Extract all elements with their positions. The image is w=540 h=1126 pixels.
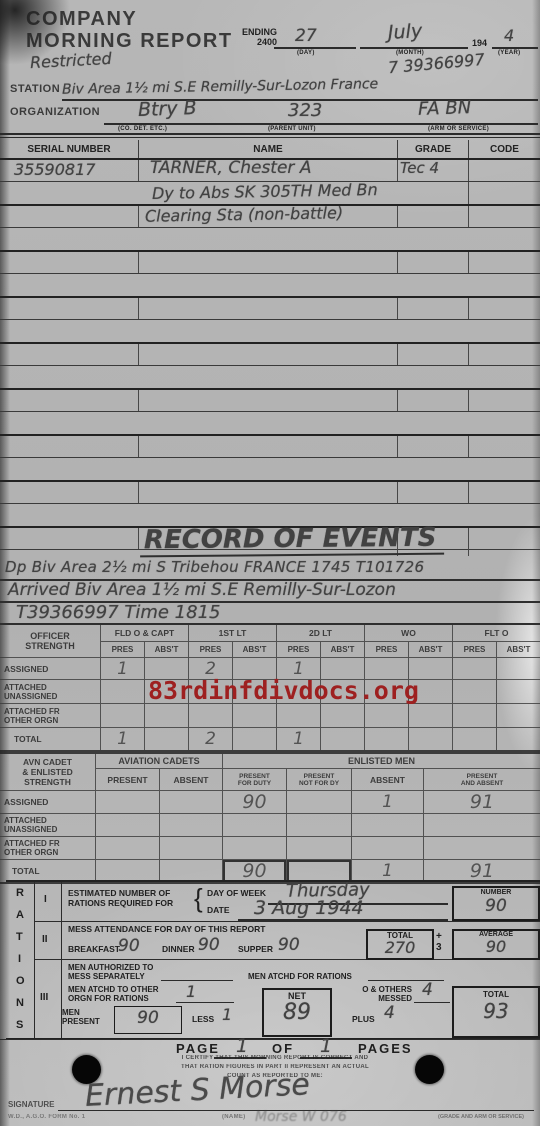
sub-abst-4: ABS'T [408,641,452,657]
breakfast-handwriting: 90 [118,938,140,955]
officer-total-cell [408,727,452,750]
signature-handwriting: Ernest S Morse [84,1070,310,1112]
average-handwriting: 90 [454,939,538,955]
officer-attachedfr-cell [364,703,408,727]
others-messed-underline [414,1002,450,1003]
rations-section: R A T I O N S I II III ESTIMATED NUMBER … [6,880,540,1040]
avn-attachedfr-cell [351,836,423,859]
year-printed: 194 [472,38,487,48]
ending-2400-label: ENDING 2400 [242,27,277,48]
entry-line3-handwriting: Clearing Sta (non-battle) [145,205,343,224]
roster-row-6 [0,274,540,298]
supper-handwriting: 90 [278,937,300,954]
others-messed-label: O & OTHERS MESSED [342,985,412,1003]
roster-row-11 [0,390,540,412]
pages-number-handwriting: 1 [320,1037,332,1056]
org-parent-caption: (PARENT UNIT) [268,126,316,133]
brace: { [194,884,203,914]
avn-row-attached-unassigned-label: ATTACHED UNASSIGNED [0,813,95,836]
avn-attachedfr-cell [423,836,540,859]
watermark-text: 83rdinfdivdocs.org [148,676,419,705]
roster-row-7 [0,298,540,320]
col-absent: ABSENT [351,768,423,790]
name-header: NAME [138,140,397,158]
roster-row-5 [0,252,540,274]
atchd-other-handwriting: 1 [186,984,196,1000]
officer-row-attached-unassigned-label: ATTACHED UNASSIGNED [0,679,100,703]
sub-pres-3: PRES [276,641,320,657]
officer-group-2dlt: 2D LT [276,625,364,641]
day-underline [274,47,356,49]
average-box: AVERAGE 90 [452,929,540,960]
avn-attached-cell [423,813,540,836]
officer-row-assigned-label: ASSIGNED [0,657,100,679]
avn-total-pfd: 90 [242,860,266,882]
avn-attachedfr-cell [222,836,286,859]
entry-name-handwriting: TARNER, Chester A [150,160,311,177]
record-of-events-section: RECORD OF EVENTS Dp Biv Area 2½ mi S Tri… [0,532,540,625]
events-title-handwriting: RECORD OF EVENTS [140,525,445,558]
avn-attached-cell [159,813,222,836]
officer-attachedfr-cell [452,703,496,727]
officer-attached-cell [496,679,540,703]
rations-div-1 [34,921,540,922]
entry-serial-handwriting: 35590817 [14,162,95,178]
sub-abst-5: ABS'T [496,641,540,657]
rations-letter-t: T [16,931,23,944]
code-header: CODE [468,140,540,158]
roster-row-15 [0,482,540,504]
avn-attached-cell [286,813,351,836]
avn-row-attached-fr-label: ATTACHED FR OTHER ORGN [0,836,95,859]
mess-separately-underline [161,980,233,981]
rations-bottom-rule [0,1039,540,1040]
roster-table: SERIAL NUMBER NAME GRADE CODE [0,140,540,550]
section-iii-numeral: III [40,992,48,1004]
officer-total-cell [496,727,540,750]
month-underline [360,47,468,49]
officer-attachedfr-cell [320,703,364,727]
avn-assigned-cell [95,790,159,813]
officer-attached-cell [100,679,144,703]
sub-abst-2: ABS'T [232,641,276,657]
mess-total-box: TOTAL 270 [366,929,434,960]
number-handwriting: 90 [454,898,538,915]
events-line1-handwriting: Dp Biv Area 2½ mi S Tribehou FRANCE 1745… [5,560,424,575]
date-handwriting: 3 Aug 1944 [254,899,364,918]
dinner-handwriting: 90 [198,937,220,954]
atchd-other-underline [176,1002,234,1003]
dinner-label: DINNER [162,945,195,955]
org-parent-handwriting: 323 [288,102,322,120]
org-arm-handwriting: FA BN [418,99,472,119]
supper-label: SUPPER [238,945,273,955]
sub-pres-5: PRES [452,641,496,657]
officer-total-1stlt-pres: 2 [205,729,216,749]
sub-abst-1: ABS'T [144,641,188,657]
rations-letter-i: I [18,953,21,966]
roster-row-13 [0,436,540,458]
roster-row-10 [0,366,540,390]
avn-attached-cell [351,813,423,836]
entry-line2-handwriting: Dy to Abs SK 305TH Med Bn [152,182,378,202]
grade-header: GRADE [397,140,468,158]
double-rule-bottom [0,137,540,138]
less-label: LESS [192,1015,214,1025]
roster-row-9 [0,344,540,366]
hole-punch-right [415,1055,444,1084]
officer-total-fldo-pres: 1 [117,729,128,749]
form-id-fine-print: W.D., A.G.O. FORM No. 1 [8,1114,85,1121]
men-present-box: 90 [114,1006,182,1034]
net-handwriting: 89 [264,1002,330,1024]
organization-underline [104,123,538,125]
officer-total-cell [364,727,408,750]
rations-col-line-1 [34,882,35,1038]
sub-abst-3: ABS'T [320,641,364,657]
officer-assigned-cell [452,657,496,679]
events-line3-handwriting: T39366997 Time 1815 [16,604,220,622]
year-underline [492,47,538,49]
rations-letter-n: N [16,997,24,1010]
avn-assigned-pfd: 90 [242,791,266,813]
rations-letter-a: A [16,909,24,922]
section-ii-numeral: II [42,934,48,946]
officer-row-total-label: TOTAL [0,727,100,750]
avn-attachedfr-cell [286,836,351,859]
sub-pres-4: PRES [364,641,408,657]
station-label: STATION [10,83,60,96]
net-box: NET 89 [262,988,332,1037]
avn-attachedfr-cell [95,836,159,859]
station-handwriting: Biv Area 1½ mi S.E Remilly-Sur-Lozon Fra… [62,77,378,97]
entry-grade-handwriting: Tec 4 [400,161,439,176]
double-rule-top [0,133,540,135]
events-line2-handwriting: Arrived Biv Area 1½ mi S.E Remilly-Sur-L… [8,582,396,599]
col-present-and-absent: PRESENT AND ABSENT [423,768,540,790]
officer-assigned-cell [496,657,540,679]
estimated-rations-label: ESTIMATED NUMBER OF RATIONS REQUIRED FOR [68,889,173,909]
name-caption: (NAME) [222,1114,245,1121]
officer-row-attached-fr-label: ATTACHED FR OTHER ORGN [0,703,100,727]
officer-total-cell [320,727,364,750]
officer-group-1stlt: 1ST LT [188,625,276,641]
others-messed-handwriting: 4 [422,982,433,999]
sub-pres-1: PRES [100,641,144,657]
rations-letter-r: R [16,887,24,900]
section-i-numeral: I [44,894,47,906]
form-title-line1: COMPANY [26,8,137,31]
plus-handwriting: 4 [384,1005,395,1022]
org-arm-caption: (ARM OR SERVICE) [428,126,489,133]
officer-attachedfr-cell [496,703,540,727]
mess-separately-label: MEN AUTHORIZED TO MESS SEPARATELY [68,963,153,981]
certify-line1: I CERTIFY THAT THIS MORNING REPORT IS CO… [140,1055,410,1062]
number-box: NUMBER 90 [452,886,540,921]
officer-attachedfr-cell [144,703,188,727]
signature-label: SIGNATURE [8,1100,55,1109]
page-number-handwriting: 1 [236,1037,248,1056]
avn-total-cell [159,859,222,882]
col-present-for-duty: PRESENT FOR DUTY [222,768,286,790]
officer-corner-label: OFFICER STRENGTH [0,625,100,657]
grade-handwriting-faint: Morse W 076 [255,1110,347,1124]
avn-col-absent: ABSENT [159,768,222,790]
year-caption: (YEAR) [498,50,520,57]
avn-total-pnfd-box [286,859,351,882]
month-handwriting: July [388,22,423,43]
atchd-other-orgn-label: MEN ATCHD TO OTHER ORGN FOR RATIONS [68,985,159,1003]
form-title-line2: MORNING REPORT [26,30,233,53]
roster-row-14 [0,458,540,482]
officer-total-cell [232,727,276,750]
officer-attachedfr-cell [408,703,452,727]
officer-group-wo: WO [364,625,452,641]
date-label: DATE [207,906,230,916]
mess-attendance-label: MESS ATTENDANCE FOR DAY OF THIS REPORT [68,925,265,935]
avn-corner-label: AVN CADET & ENLISTED STRENGTH [0,754,95,790]
org-unit-handwriting: Btry B [138,99,197,120]
men-atchd-for-rations-label: MEN ATCHD FOR RATIONS [248,972,352,981]
rations-letter-o: O [16,975,25,988]
officer-group-flto: FLT O [452,625,540,641]
avn-assigned-cell [159,790,222,813]
rations-total-label: TOTAL [454,990,538,999]
officer-attachedfr-cell [188,703,232,727]
officer-assigned-fldo-pres: 1 [117,659,128,679]
day-handwriting: 27 [295,28,317,45]
rations-total-handwriting: 93 [454,1001,538,1021]
avn-attached-cell [95,813,159,836]
men-present-label: MEN PRESENT [62,1008,100,1026]
grade-caption: (GRADE AND ARM OR SERVICE) [438,1114,524,1120]
org-unit-caption: (CO. DET. ETC.) [118,126,167,133]
roster-row-12 [0,412,540,436]
officer-attachedfr-cell [276,703,320,727]
officer-group-fldo: FLD O & CAPT [100,625,188,641]
avn-row-total-label: TOTAL [0,859,95,882]
restricted-handwriting: Restricted [30,51,112,71]
roster-header-row: SERIAL NUMBER NAME GRADE CODE [0,140,540,160]
officer-attachedfr-cell [100,703,144,727]
avn-assigned-cell [286,790,351,813]
rations-letter-s: S [16,1019,23,1032]
avn-total-pa: 91 [470,860,494,882]
plus-label: PLUS [352,1015,375,1025]
code-divider [468,532,469,556]
rations-total-box: TOTAL 93 [452,986,540,1038]
divide-sign: + [436,931,442,943]
day-caption: (DAY) [297,50,315,57]
officer-total-cell [452,727,496,750]
aviation-cadets-group-label: AVIATION CADETS [95,754,222,768]
officer-total-2dlt-pres: 1 [293,729,304,749]
avn-total-absent: 1 [382,861,393,881]
avn-enlisted-table: AVN CADET & ENLISTED STRENGTH AVIATION C… [0,752,540,884]
officer-attached-cell [452,679,496,703]
avn-total-cell [95,859,159,882]
divide-by: 3 [436,942,442,954]
date-underline [238,919,448,921]
col-present-not-for-dy: PRESENT NOT FOR DY [286,768,351,790]
scanned-morning-report: COMPANY MORNING REPORT Restricted ENDING… [0,0,540,1126]
roster-row-8 [0,320,540,344]
breakfast-label: BREAKFAST [68,945,120,955]
enlisted-men-group-label: ENLISTED MEN [222,754,540,768]
avn-assigned-absent: 1 [382,792,393,812]
serial-number-header: SERIAL NUMBER [0,140,138,158]
avn-row-assigned-label: ASSIGNED [0,790,95,813]
roster-row-4 [0,228,540,252]
mess-total-handwriting: 270 [368,940,432,956]
year-handwriting: 4 [504,28,514,44]
avn-col-present: PRESENT [95,768,159,790]
organization-label: ORGANIZATION [10,106,100,119]
sub-pres-2: PRES [188,641,232,657]
avn-attached-cell [222,813,286,836]
officer-attachedfr-cell [232,703,276,727]
officer-total-cell [144,727,188,750]
avn-attachedfr-cell [159,836,222,859]
avn-assigned-pa: 91 [470,791,494,813]
less-handwriting: 1 [222,1007,232,1023]
men-present-handwriting: 90 [115,1010,181,1027]
